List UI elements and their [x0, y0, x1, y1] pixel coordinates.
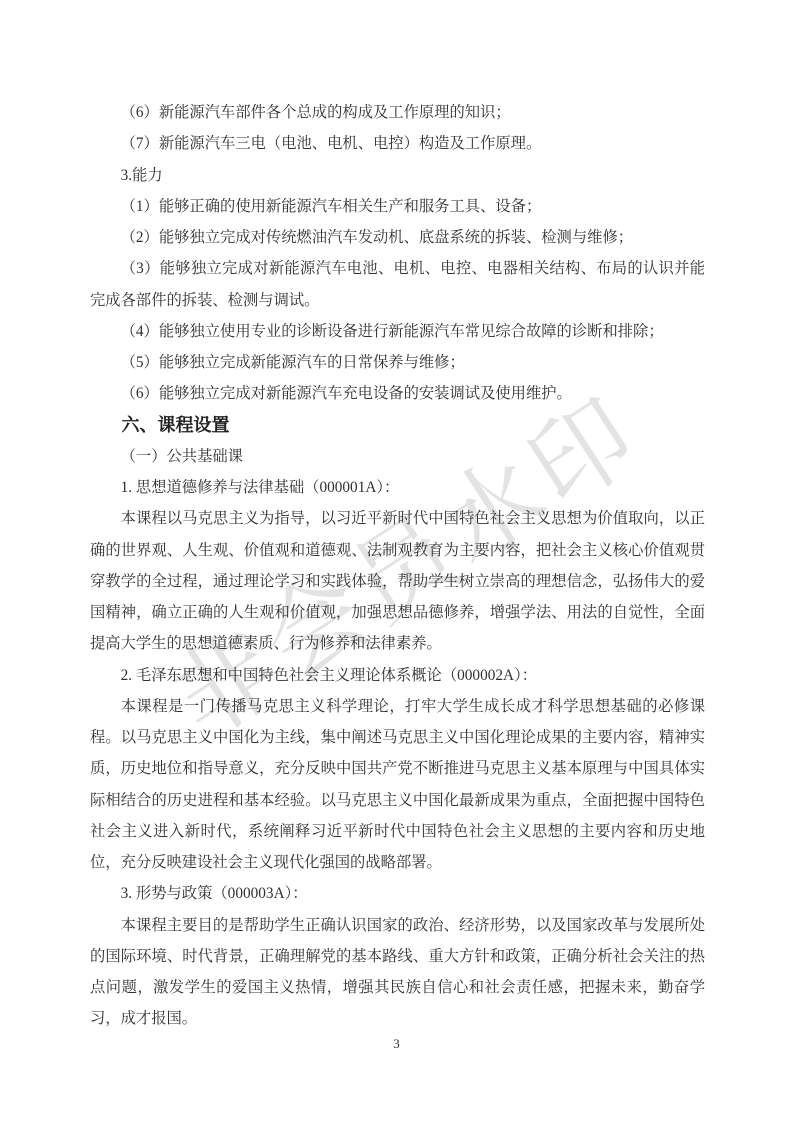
course-description-1: 本课程以马克思主义为指导，以习近平新时代中国特色社会主义思想为价值取向，以正确的…	[90, 503, 705, 659]
page-number: 3	[393, 1036, 400, 1051]
ability-item-5: （5）能够独立完成新能源汽车的日常保养与维修；	[90, 347, 705, 378]
subsection-heading-public-basic-courses: （一）公共基础课	[90, 441, 705, 472]
document-content: （6）新能源汽车部件各个总成的构成及工作原理的知识； （7）新能源汽车三电（电池…	[90, 97, 705, 1035]
ability-heading: 3.能力	[90, 160, 705, 191]
course-title-2: 2. 毛泽东思想和中国特色社会主义理论体系概论（000002A）：	[90, 660, 705, 691]
ability-item-3: （3）能够独立完成对新能源汽车电池、电机、电控、电器相关结构、布局的认识并能完成…	[90, 253, 705, 316]
ability-item-1: （1）能够正确的使用新能源汽车相关生产和服务工具、设备；	[90, 191, 705, 222]
ability-item-6: （6）能够独立完成对新能源汽车充电设备的安装调试及使用维护。	[90, 378, 705, 409]
knowledge-item-6: （6）新能源汽车部件各个总成的构成及工作原理的知识；	[90, 97, 705, 128]
course-description-3: 本课程主要目的是帮助学生正确认识国家的政治、经济形势，以及国家改革与发展所处的国…	[90, 910, 705, 1035]
knowledge-item-7: （7）新能源汽车三电（电池、电机、电控）构造及工作原理。	[90, 128, 705, 159]
course-title-1: 1. 思想道德修养与法律基础（000001A）：	[90, 472, 705, 503]
ability-item-2: （2）能够独立完成对传统燃油汽车发动机、底盘系统的拆装、检测与维修；	[90, 222, 705, 253]
page-footer: 3	[0, 1036, 793, 1052]
document-page: 非会员水印 （6）新能源汽车部件各个总成的构成及工作原理的知识； （7）新能源汽…	[0, 0, 793, 1122]
course-title-3: 3. 形势与政策（000003A）：	[90, 878, 705, 909]
course-description-2: 本课程是一门传播马克思主义科学理论，打牢大学生成长成才科学思想基础的必修课程。以…	[90, 691, 705, 879]
section-heading-course-setup: 六、课程设置	[90, 410, 705, 441]
ability-item-4: （4）能够独立使用专业的诊断设备进行新能源汽车常见综合故障的诊断和排除；	[90, 316, 705, 347]
